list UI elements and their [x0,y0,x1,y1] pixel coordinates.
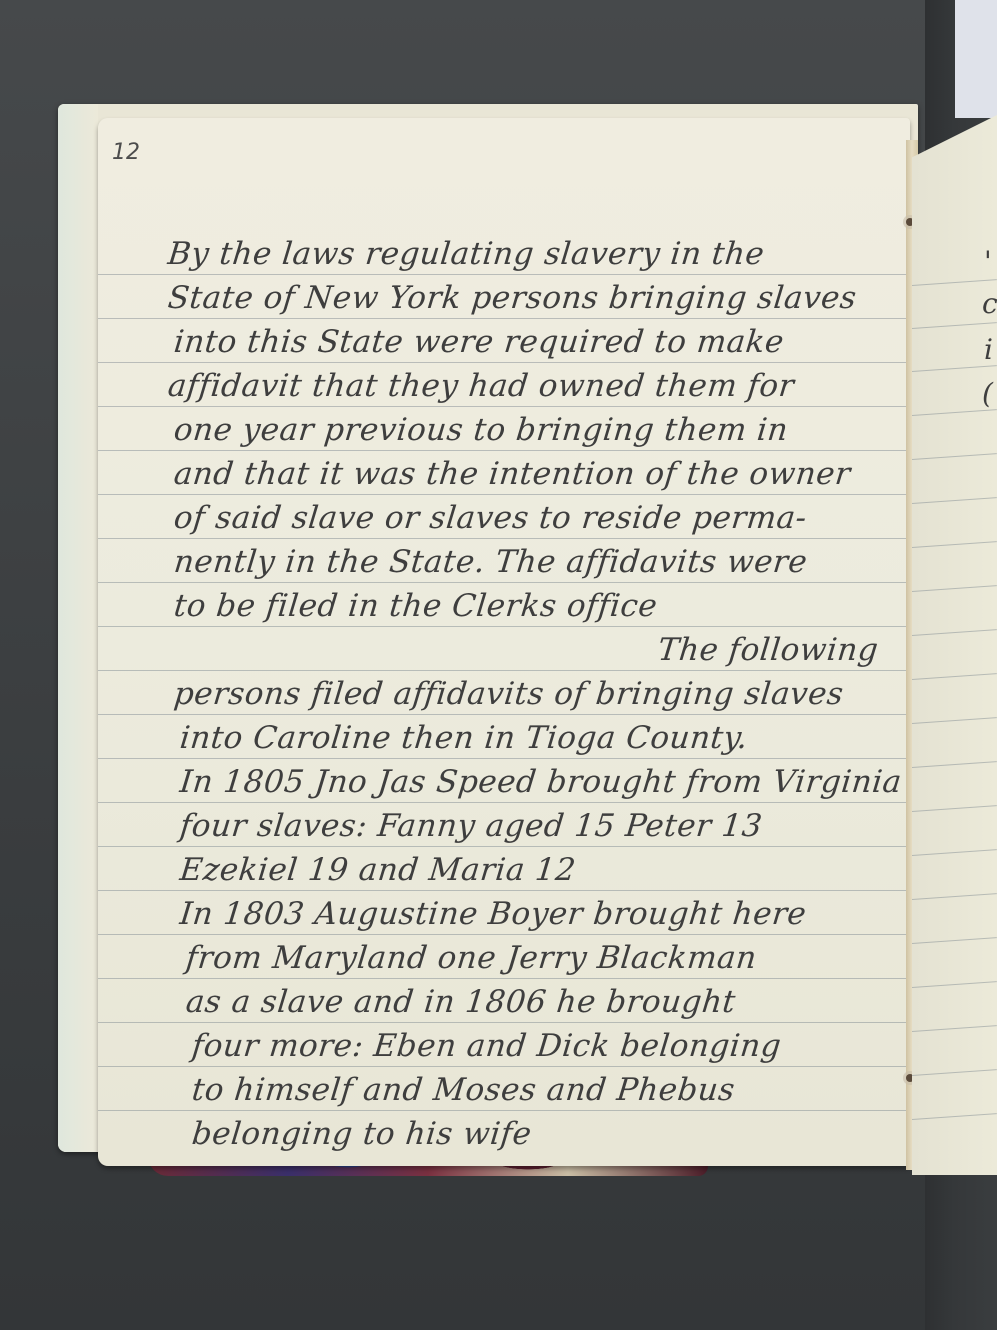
right-page-fragment: ' [984,245,992,278]
ruled-line [98,450,910,451]
ruled-line [912,1113,997,1120]
handwritten-line: affidavit that they had owned them for [166,368,796,404]
ruled-line [912,453,997,460]
ruled-line [98,846,910,847]
handwritten-line: State of New York persons bringing slave… [166,280,858,316]
handwritten-line: into this State were required to make [172,324,786,360]
ruled-line [912,585,997,592]
handwritten-line: Ezekiel 19 and Maria 12 [178,852,578,888]
ruled-line [98,1022,910,1023]
handwritten-line: to be filed in the Clerks office [172,588,659,624]
handwritten-line: to himself and Moses and Phebus [190,1072,737,1108]
notebook-right-page: ' c i ( [912,115,997,1175]
handwritten-line: By the laws regulating slavery in the [166,236,766,272]
ruled-line [98,890,910,891]
handwritten-line: as a slave and in 1806 he brought [184,984,737,1020]
ruled-line [912,1025,997,1032]
ruled-line [912,805,997,812]
right-page-fragment: i [984,333,993,366]
ruled-line [98,802,910,803]
handwritten-line: In 1803 Augustine Boyer brought here [178,896,808,932]
ruled-line [98,934,910,935]
ruled-line [912,322,997,329]
page-stack-edge [58,104,98,1152]
handwritten-line: four more: Eben and Dick belonging [190,1028,783,1064]
ruled-line [912,629,997,636]
handwritten-line: of said slave or slaves to reside perma- [172,500,808,536]
ruled-line [98,274,910,275]
handwritten-line: nently in the State. The affidavits were [172,544,809,580]
ruled-line [912,849,997,856]
handwritten-line: into Caroline then in Tioga County. [178,720,750,756]
ruled-line [98,714,910,715]
handwritten-line: four slaves: Fanny aged 15 Peter 13 [178,808,764,844]
ruled-line [912,279,997,286]
ruled-line [98,1066,910,1067]
ruled-line [98,362,910,363]
ruled-line [98,758,910,759]
handwritten-line: persons filed affidavits of bringing sla… [172,676,845,712]
handwritten-line: In 1805 Jno Jas Speed brought from Virgi… [178,764,903,800]
ruled-line [912,1069,997,1076]
ruled-line [912,981,997,988]
ruled-line [912,893,997,900]
ruled-line [98,318,910,319]
handwritten-line: from Maryland one Jerry Blackman [184,940,758,976]
ruled-line [98,1110,910,1111]
ruled-line [98,978,910,979]
white-card-corner [955,0,997,118]
ruled-line [912,497,997,504]
ruled-line [98,626,910,627]
notebook-left-page: 12 By the laws regulating slavery in the… [98,118,910,1166]
handwritten-line: one year previous to bringing them in [172,412,790,448]
ruled-line [912,717,997,724]
ruled-line [912,541,997,548]
page-number: 12 [112,140,140,165]
ruled-line [98,494,910,495]
ruled-line [98,406,910,407]
ruled-line [912,409,997,416]
handwritten-line: belonging to his wife [190,1116,533,1152]
ruled-line [98,582,910,583]
ruled-line [912,937,997,944]
right-page-fragment: ( [982,377,993,410]
handwritten-line: The following [656,632,880,668]
ruled-line [912,365,997,372]
ruled-line [912,761,997,768]
ruled-line [98,538,910,539]
handwritten-line: and that it was the intention of the own… [172,456,852,492]
right-page-fragment: c [982,287,997,320]
ruled-line [912,673,997,680]
ruled-line [98,670,910,671]
